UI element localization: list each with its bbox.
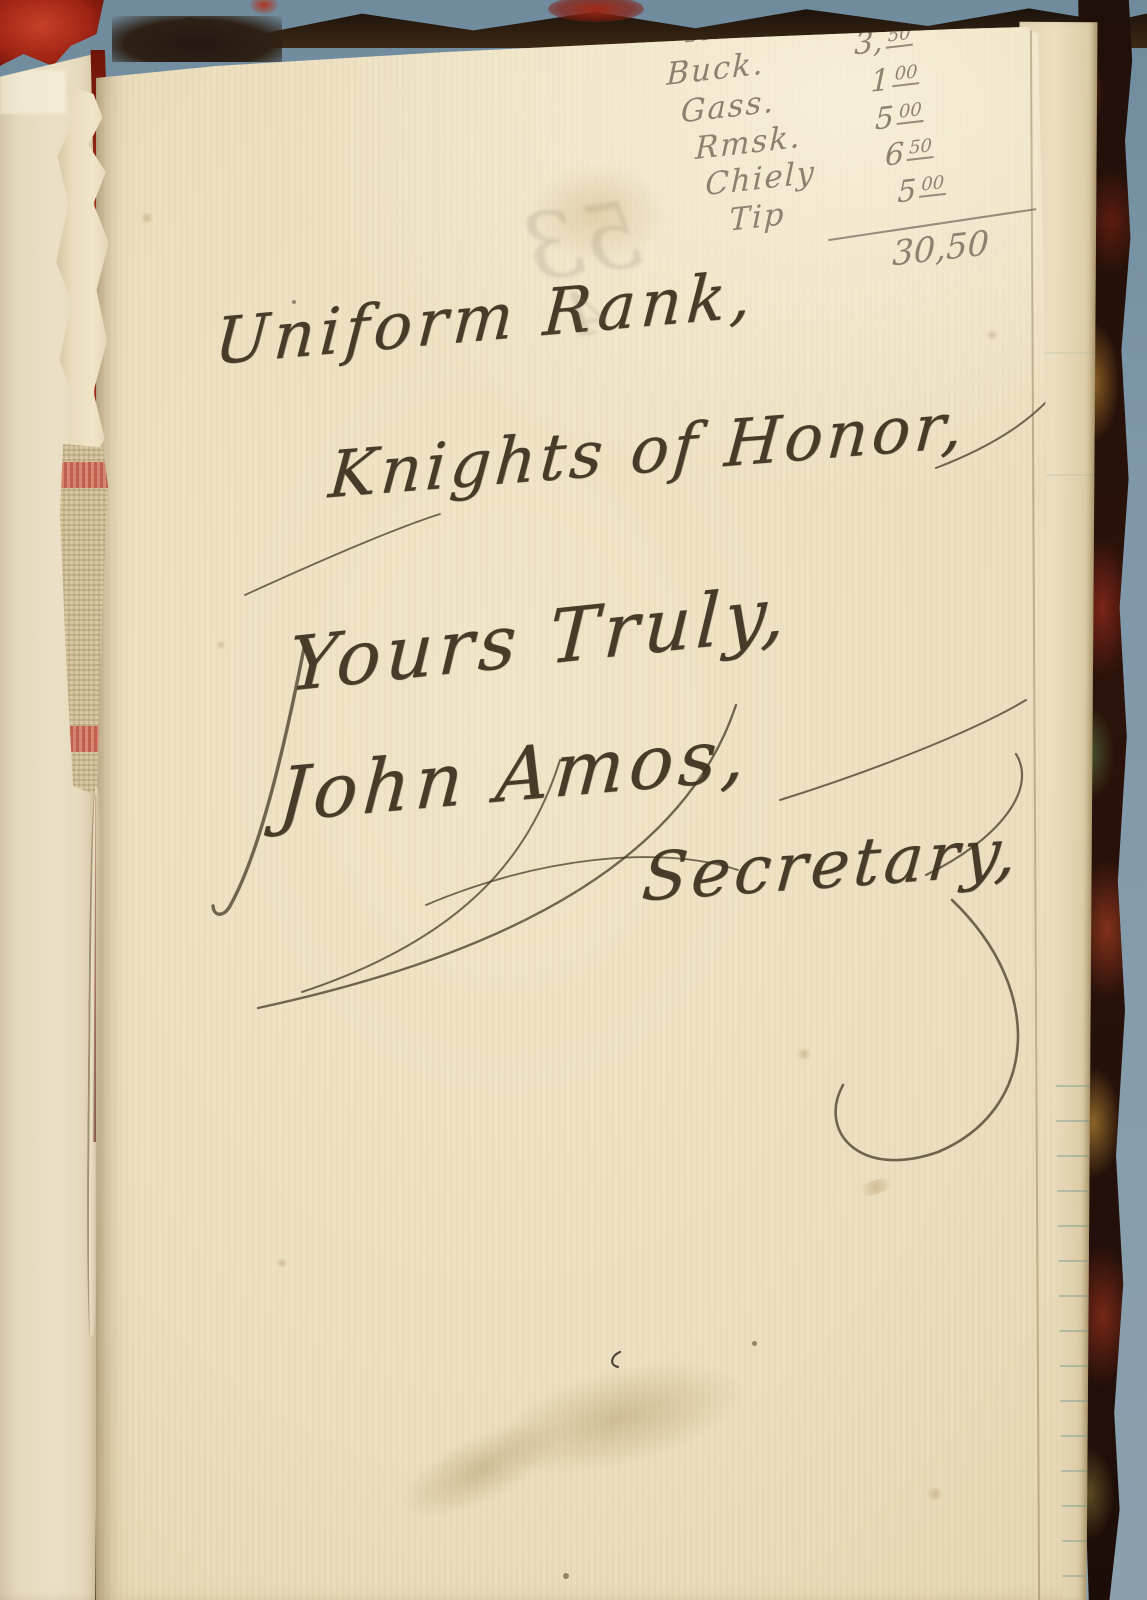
- ledger-amount: 500: [897, 170, 947, 211]
- ledger-amount: 650: [885, 133, 935, 174]
- ink-speck: [752, 1341, 757, 1346]
- amount-whole: 1: [870, 62, 890, 99]
- amount-whole: 5: [897, 173, 917, 210]
- amount-fraction: 50: [852, 0, 879, 12]
- fox-spot: [216, 640, 226, 650]
- ink-speck: [292, 300, 296, 304]
- inscription-line-4: John Amos,: [276, 711, 753, 839]
- inscription-line-5: Secretary,: [639, 812, 1024, 916]
- amount-fraction: 00: [897, 99, 924, 125]
- fox-spot: [140, 212, 154, 224]
- top-edge-blob: [112, 16, 282, 62]
- fox-spot: [276, 1258, 288, 1268]
- ledger-item-label: Tip: [729, 196, 786, 239]
- fox-streak: [855, 1174, 897, 1201]
- main-page: Rent 950 Buck. 3,50 Gass. 100 Rmsk. 500 …: [96, 0, 1071, 1600]
- inscription-line-3: Yours Truly,: [287, 569, 792, 709]
- stain-faint: [532, 166, 662, 262]
- scanned-book-page-photo: Rent 950 Buck. 3,50 Gass. 100 Rmsk. 500 …: [0, 0, 1147, 1600]
- ledger-amount: 500: [875, 97, 925, 138]
- fox-spot: [926, 1488, 944, 1500]
- ledger-total: 30,50: [892, 223, 990, 274]
- inscription-line-1: Uniform Rank,: [212, 258, 758, 380]
- amount-whole: 6: [885, 136, 905, 173]
- ledger-amount: 100: [870, 59, 920, 100]
- top-edge-red-fragment-small: [250, 0, 278, 14]
- amount-fraction: 00: [892, 61, 919, 87]
- ink-speck: [563, 1573, 569, 1579]
- tape-stripe-top: [58, 462, 108, 488]
- amount-fraction: 50: [907, 135, 934, 161]
- amount-whole: 5: [875, 100, 895, 137]
- inscription-line-2: Knights of Honor,: [326, 389, 969, 514]
- fox-spot: [796, 1048, 812, 1060]
- fox-spot: [986, 330, 998, 340]
- amount-fraction: 00: [919, 172, 946, 198]
- left-page-light-patch: [0, 70, 66, 114]
